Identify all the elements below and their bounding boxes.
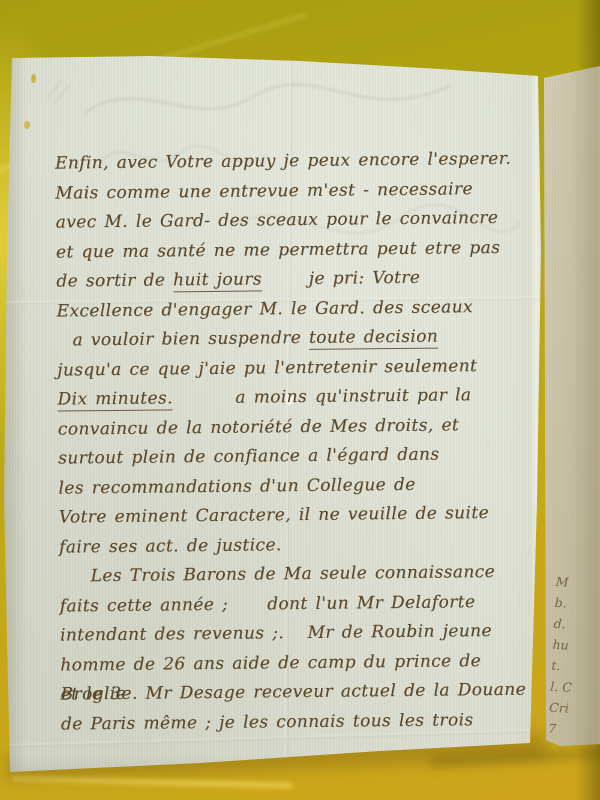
letter-text: a moins qu'instruit par la	[173, 385, 472, 408]
letter-line: Enfin, avec Votre appuy je peux encore l…	[55, 144, 543, 179]
letter-line: jusqu'a ce que j'aie pu l'entretenir seu…	[57, 351, 545, 386]
letter-line: et que ma santé ne me permettra peut etr…	[56, 233, 544, 268]
letter-line: Excellence d'engager M. le Gard. des sce…	[56, 292, 544, 327]
second-page-fragment: M	[555, 571, 600, 594]
letter-line: intendant des revenus ;. Mr de Roubin je…	[60, 616, 548, 651]
second-page-text: Mb.d.hut.l. CCri7	[548, 571, 600, 741]
second-page-fragment: b.	[554, 592, 600, 615]
letter-text: avec M. le Gard- des sceaux pour le conv…	[56, 208, 499, 233]
second-page-fragment: hu	[552, 634, 599, 657]
letter-text: Mais comme une entrevue m'est - necessai…	[55, 179, 473, 203]
underlined-phrase: Dix minutes.	[57, 388, 173, 411]
letter-line: Votre eminent Caractere, il ne veuille d…	[59, 498, 547, 533]
underlined-phrase: huit jours	[173, 269, 262, 292]
second-page-fragment: l. C	[550, 676, 597, 699]
second-page-fragment: Cri	[549, 697, 596, 720]
letter-text: Votre eminent Caractere, il ne veuille d…	[59, 503, 489, 528]
letter-line: de Paris même ; je les connais tous les …	[61, 705, 549, 740]
second-page-fragment: 7	[548, 718, 595, 741]
letter-text: et le 3e. Mr Desage receveur actuel de l…	[61, 680, 527, 705]
letter-text: Les Trois Barons de Ma seule connaissanc…	[59, 562, 495, 587]
underlined-phrase: toute decision	[309, 327, 438, 350]
letter-text: et que ma santé ne me permettra peut etr…	[56, 237, 500, 262]
letter-line: et le 3e. Mr Desage receveur actuel de l…	[60, 675, 548, 710]
letter-text: Excellence d'engager M. le Gard. des sce…	[57, 297, 474, 321]
letter-text: de Paris même ; je les connais tous les …	[61, 710, 474, 734]
letter-text: a vouloir bien suspendre	[57, 328, 309, 351]
letter-line: avec M. le Gard- des sceaux pour le conv…	[56, 203, 544, 238]
paper-speck	[31, 74, 36, 83]
letter-text: intendant des revenus ;. Mr de Roubin je…	[60, 621, 492, 646]
letter-line: Les Trois Barons de Ma seule connaissanc…	[59, 557, 547, 592]
letter-text: faits cette année ; dont l'un Mr Delafor…	[60, 592, 476, 616]
letter-text: surtout plein de confiance a l'égard dan…	[58, 445, 440, 469]
letter-text: faire ses act. de justice.	[59, 535, 282, 557]
photo-of-letter: Mb.d.hut.l. CCri7 Enfin, avec Votre appu…	[0, 0, 600, 800]
letter-text: convaincu de la notoriété de Mes droits,…	[58, 415, 459, 439]
second-page-fragment: t.	[551, 655, 598, 678]
letter-text: Enfin, avec Votre appuy je peux encore l…	[55, 149, 511, 174]
letter-text: jusqu'a ce que j'aie pu l'entretenir seu…	[57, 356, 477, 380]
letter-lines: Enfin, avec Votre appuy je peux encore l…	[55, 144, 549, 739]
letter-page: Enfin, avec Votre appuy je peux encore l…	[0, 0, 600, 800]
second-page-fragment: d.	[553, 613, 600, 636]
letter-text: de sortir de	[56, 270, 173, 291]
letter-text: les recommandations d'un Collegue de	[58, 474, 415, 498]
letter-text: je pri: Votre	[262, 268, 421, 290]
paper-speck	[24, 121, 30, 129]
